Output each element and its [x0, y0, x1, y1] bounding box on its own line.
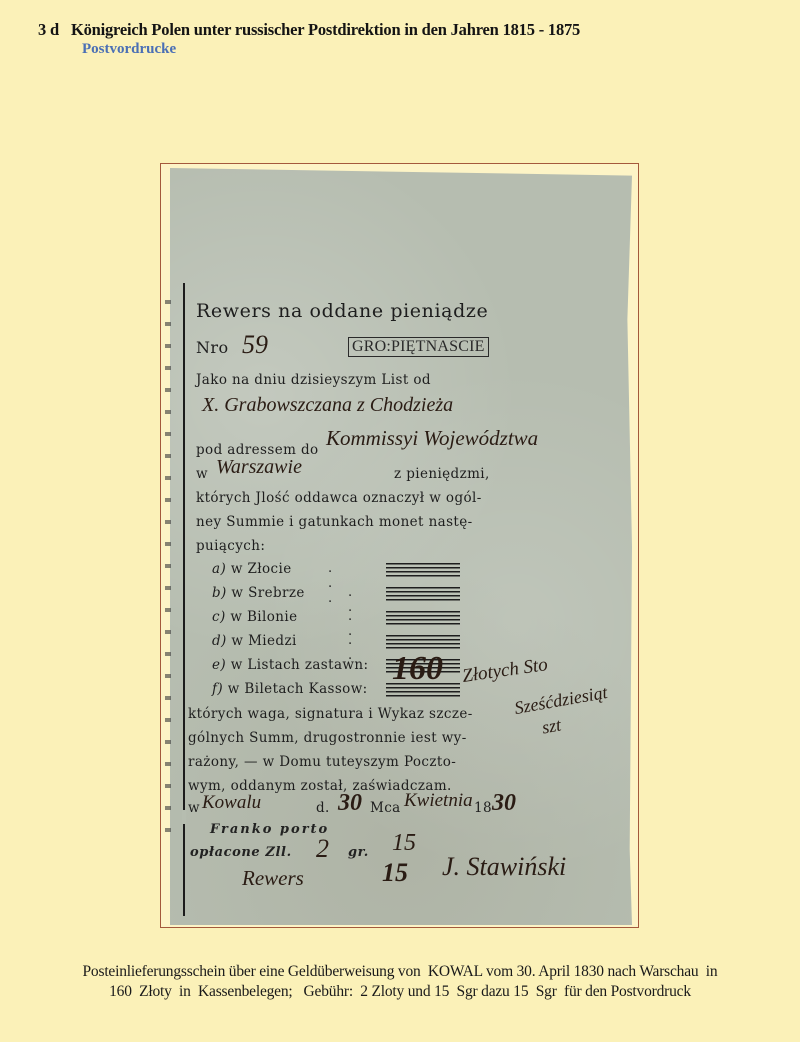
- item-letter: c): [212, 609, 226, 625]
- caption: Posteinlieferungsschein über eine Geldüb…: [0, 962, 800, 1002]
- line-a2: gólnych Summ, drugostronnie iest wy-: [188, 730, 467, 746]
- number-label: Nro: [196, 338, 228, 357]
- groszy-label: gr.: [348, 845, 369, 860]
- page-header: 3 dKönigreich Polen unter russischer Pos…: [38, 20, 580, 40]
- line-a3: rażony, — w Domu tuteyszym Poczto-: [188, 754, 456, 770]
- line-a1: których waga, signatura i Wykaz szcze-: [188, 706, 473, 722]
- year-handwriting: 30: [492, 790, 516, 817]
- month-prefix: Mca: [370, 800, 401, 816]
- item-b: b) w Srebrze: [212, 585, 305, 601]
- page-subtitle: Postvordrucke: [82, 41, 176, 58]
- place-handwriting: Kowalu: [202, 792, 261, 814]
- item-a: a) w Złocie: [212, 561, 292, 577]
- item-f: f) w Biletach Kassow:: [212, 681, 368, 697]
- item-letter: b): [212, 585, 227, 601]
- item-c: c) w Bilonie: [212, 609, 297, 625]
- rule-gap: [182, 810, 186, 824]
- line-1: Jako na dniu dzisieyszym List od: [196, 372, 431, 388]
- item-label: w Listach zastawn:: [231, 657, 369, 673]
- line-4: których Jlość oddawca oznaczył w ogól-: [196, 490, 482, 506]
- year-prefix: 18: [474, 800, 492, 816]
- item-label: w Bilonie: [230, 609, 297, 625]
- amount-lines-b: [386, 587, 460, 603]
- line-3-prefix: w: [196, 466, 208, 482]
- line-5: ney Summie i gatunkach monet nastę-: [196, 514, 473, 530]
- item-e: e) w Listach zastawn:: [212, 657, 368, 673]
- item-d: d) w Miedzi: [212, 633, 297, 649]
- amount-handwriting: 160: [392, 650, 443, 688]
- sender-handwriting: X. Grabowszczana z Chodzieża: [202, 394, 453, 417]
- section-title: Königreich Polen unter russischer Postdi…: [71, 20, 580, 39]
- amount-lines-a: [386, 563, 460, 579]
- number-value: 59: [242, 330, 268, 360]
- groszy-handwriting-1: 15: [392, 830, 416, 857]
- line-3-suffix: z pieniędzmi,: [394, 466, 490, 482]
- line-6: puiących:: [196, 538, 265, 554]
- page-title: 3 dKönigreich Polen unter russischer Pos…: [38, 20, 580, 40]
- amount-words-3: szt: [540, 715, 562, 739]
- amount-lines-c: [386, 611, 460, 627]
- item-letter: e): [212, 657, 226, 673]
- item-label: w Miedzi: [231, 633, 296, 649]
- signature: J. Stawiński: [442, 852, 566, 882]
- perforation-marks: [165, 300, 171, 840]
- amount-lines-d: [386, 635, 460, 651]
- item-letter: a): [212, 561, 226, 577]
- item-letter: d): [212, 633, 227, 649]
- section-number: 3 d: [38, 20, 59, 39]
- caption-line-2: 160 Złoty in Kassenbelegen; Gebühr: 2 Zl…: [0, 982, 800, 1002]
- groszy-handwriting-2: 15: [382, 858, 408, 888]
- address-handwriting: Kommissyi Województwa: [326, 426, 538, 451]
- city-handwriting: Warszawie: [216, 456, 302, 479]
- item-label: w Biletach Kassow:: [228, 681, 368, 697]
- rate-stamp: GRO:PIĘTNASCIE: [348, 337, 489, 357]
- franko-label: Franko porto: [210, 822, 329, 837]
- caption-line-1: Posteinlieferungsschein über eine Geldüb…: [0, 962, 800, 982]
- document-title: Rewers na oddane pieniądze: [196, 300, 488, 322]
- item-label: w Srebrze: [231, 585, 304, 601]
- item-letter: f): [212, 681, 223, 697]
- date-prefix: d.: [316, 800, 330, 816]
- oplacone-label: opłacone Zll.: [190, 845, 292, 860]
- day-handwriting: 30: [338, 790, 362, 817]
- leader-dots: . . .: [328, 561, 340, 606]
- month-handwriting: Kwietnia: [404, 790, 473, 812]
- place-prefix: w: [188, 800, 200, 816]
- item-label: w Złocie: [231, 561, 292, 577]
- rewers-handwriting: Rewers: [242, 866, 304, 891]
- zloty-handwriting: 2: [316, 834, 329, 864]
